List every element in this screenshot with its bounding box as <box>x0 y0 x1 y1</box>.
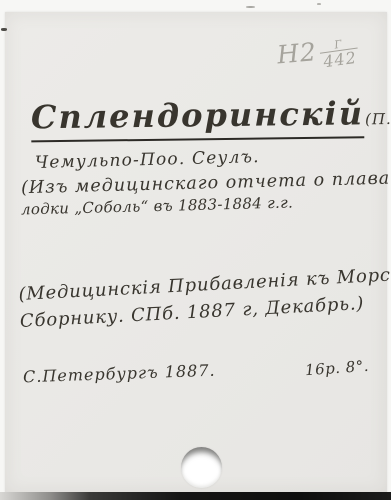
punch-hole <box>181 447 222 488</box>
title-line-3: лодки „Соболь“ въ 1883-1884 г.г. <box>21 193 293 218</box>
scanned-catalog-card-page: Н2 Г 442 Сплендоринскій(П.П.) Чемульпо-П… <box>0 0 391 500</box>
author-name: Сплендоринскій <box>31 94 364 142</box>
title-line-2: (Изъ медицинскаго отчета о плаваніи <box>21 168 391 198</box>
shelf-mark-denominator: 442 <box>322 49 358 71</box>
source-citation: (Медицинскія Прибавленія къ Морскому Сбо… <box>18 259 391 335</box>
scan-speck <box>246 6 255 8</box>
shelf-mark-fraction: Г 442 <box>318 38 360 72</box>
scan-bottom-edge <box>0 492 391 500</box>
title-line-1: Чемульпо-Поо. Сеулъ. <box>35 147 260 173</box>
format-note: 16р. 8°. <box>304 357 369 379</box>
scan-speck <box>317 3 321 5</box>
scan-speck <box>1 28 7 31</box>
imprint-place-year: С.Петербургъ 1887. <box>23 361 216 387</box>
shelf-mark-prefix: Н2 <box>276 37 318 69</box>
author-initials: (П.П.) <box>365 110 391 129</box>
shelf-mark: Н2 Г 442 <box>275 29 359 75</box>
shelf-mark-numerator: Г <box>333 40 341 50</box>
catalog-card: Н2 Г 442 Сплендоринскій(П.П.) Чемульпо-П… <box>5 12 387 493</box>
card-heading: Сплендоринскій(П.П.) <box>31 94 391 137</box>
